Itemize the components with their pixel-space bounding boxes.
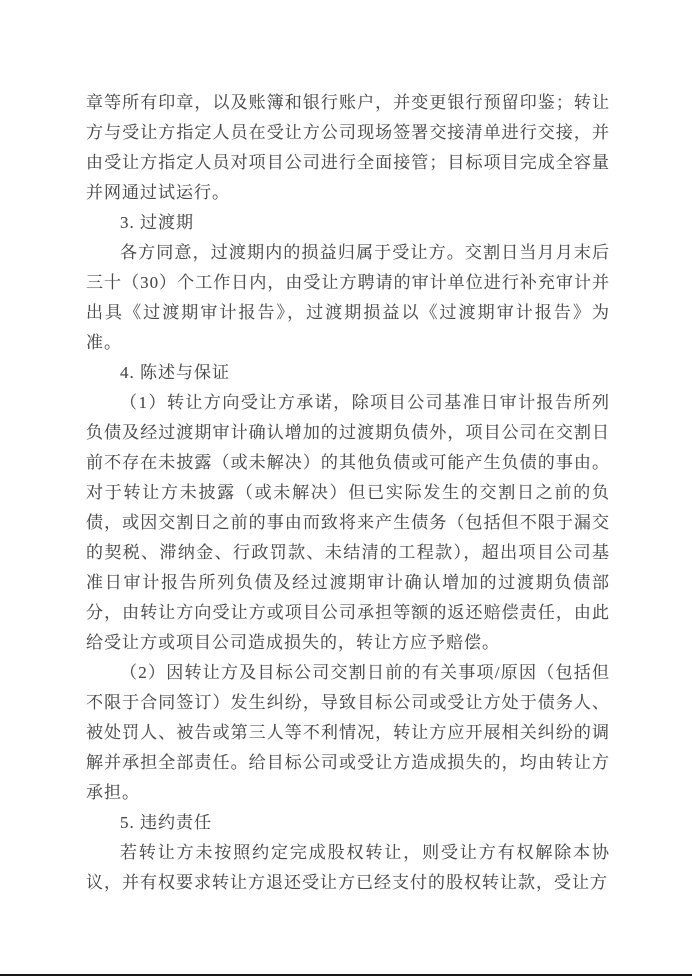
section-heading-representations-warranties: 4. 陈述与保证 xyxy=(86,358,610,388)
document-page: 章等所有印章，以及账簿和银行账户，并变更银行预留印鉴；转让方与受让方指定人员在受… xyxy=(0,0,692,979)
section-heading-breach-liability: 5. 违约责任 xyxy=(86,808,610,838)
paragraph-transition-period: 各方同意，过渡期内的损益归属于受让方。交割日当月月末后三十（30）个工作日内，由… xyxy=(86,238,610,358)
document-text-block: 章等所有印章，以及账簿和银行账户，并变更银行预留印鉴；转让方与受让方指定人员在受… xyxy=(86,88,610,898)
section-heading-transition-period: 3. 过渡期 xyxy=(86,208,610,238)
paragraph-seal-handover-continuation: 章等所有印章，以及账簿和银行账户，并变更银行预留印鉴；转让方与受让方指定人员在受… xyxy=(86,88,610,208)
page-bottom-border xyxy=(0,974,692,976)
paragraph-breach-liability: 若转让方未按照约定完成股权转让，则受让方有权解除本协议，并有权要求转让方退还受让… xyxy=(86,838,610,898)
paragraph-representation-warranty-2: （2）因转让方及目标公司交割日前的有关事项/原因（包括但不限于合同签订）发生纠纷… xyxy=(86,658,610,808)
paragraph-representation-warranty-1: （1）转让方向受让方承诺，除项目公司基准日审计报告所列负债及经过渡期审计确认增加… xyxy=(86,388,610,658)
